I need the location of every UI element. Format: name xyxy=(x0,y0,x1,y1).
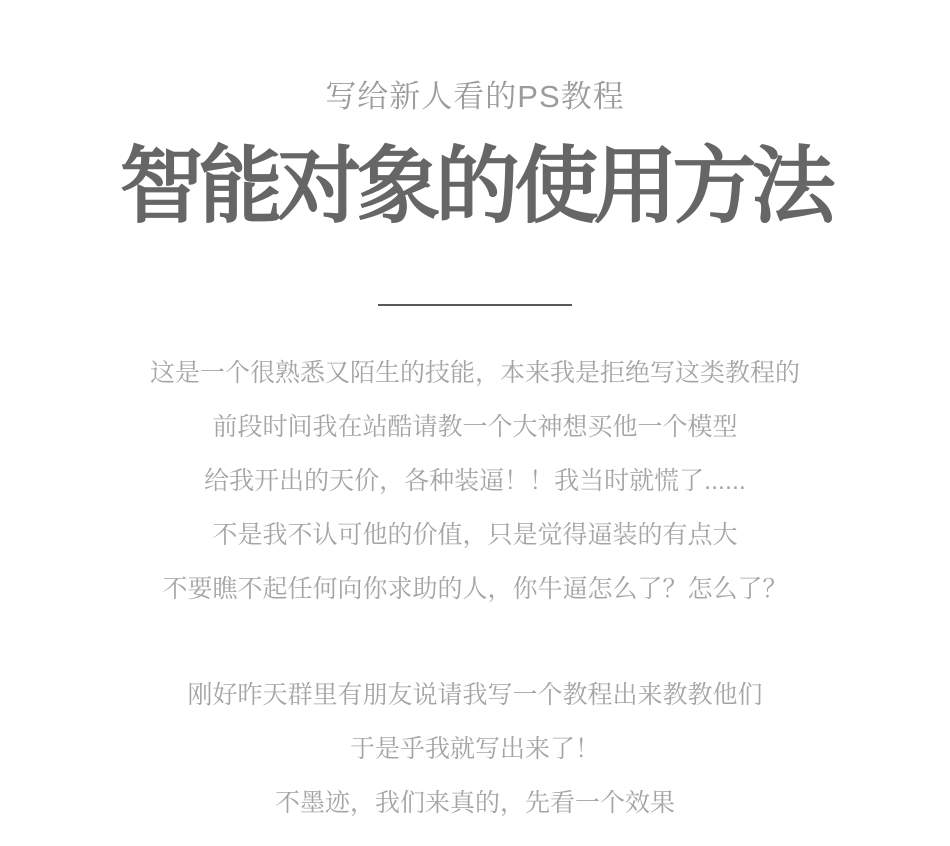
article-page: 写给新人看的PS教程 智能对象的使用方法 这是一个很熟悉又陌生的技能，本来我是拒… xyxy=(0,0,950,846)
intro-line-2: 前段时间我在站酷请教一个大神想买他一个模型 xyxy=(0,400,950,454)
intro-paragraph: 这是一个很熟悉又陌生的技能，本来我是拒绝写这类教程的 前段时间我在站酷请教一个大… xyxy=(0,346,950,616)
title-divider-line xyxy=(378,304,572,306)
article-title: 智能对象的使用方法 xyxy=(0,138,950,234)
intro-line-4: 不是我不认可他的价值，只是觉得逼装的有点大 xyxy=(0,508,950,562)
second-line-1: 刚好昨天群里有朋友说请我写一个教程出来教教他们 xyxy=(0,668,950,722)
second-line-2: 于是乎我就写出来了！ xyxy=(0,722,950,776)
intro-line-1: 这是一个很熟悉又陌生的技能，本来我是拒绝写这类教程的 xyxy=(0,346,950,400)
second-line-3: 不墨迹，我们来真的，先看一个效果 xyxy=(0,776,950,830)
intro-line-3: 给我开出的天价，各种装逼！！我当时就慌了...... xyxy=(0,454,950,508)
intro-line-5: 不要瞧不起任何向你求助的人，你牛逼怎么了？怎么了？ xyxy=(0,562,950,616)
second-paragraph: 刚好昨天群里有朋友说请我写一个教程出来教教他们 于是乎我就写出来了！ 不墨迹，我… xyxy=(0,668,950,830)
article-subtitle: 写给新人看的PS教程 xyxy=(0,0,950,116)
